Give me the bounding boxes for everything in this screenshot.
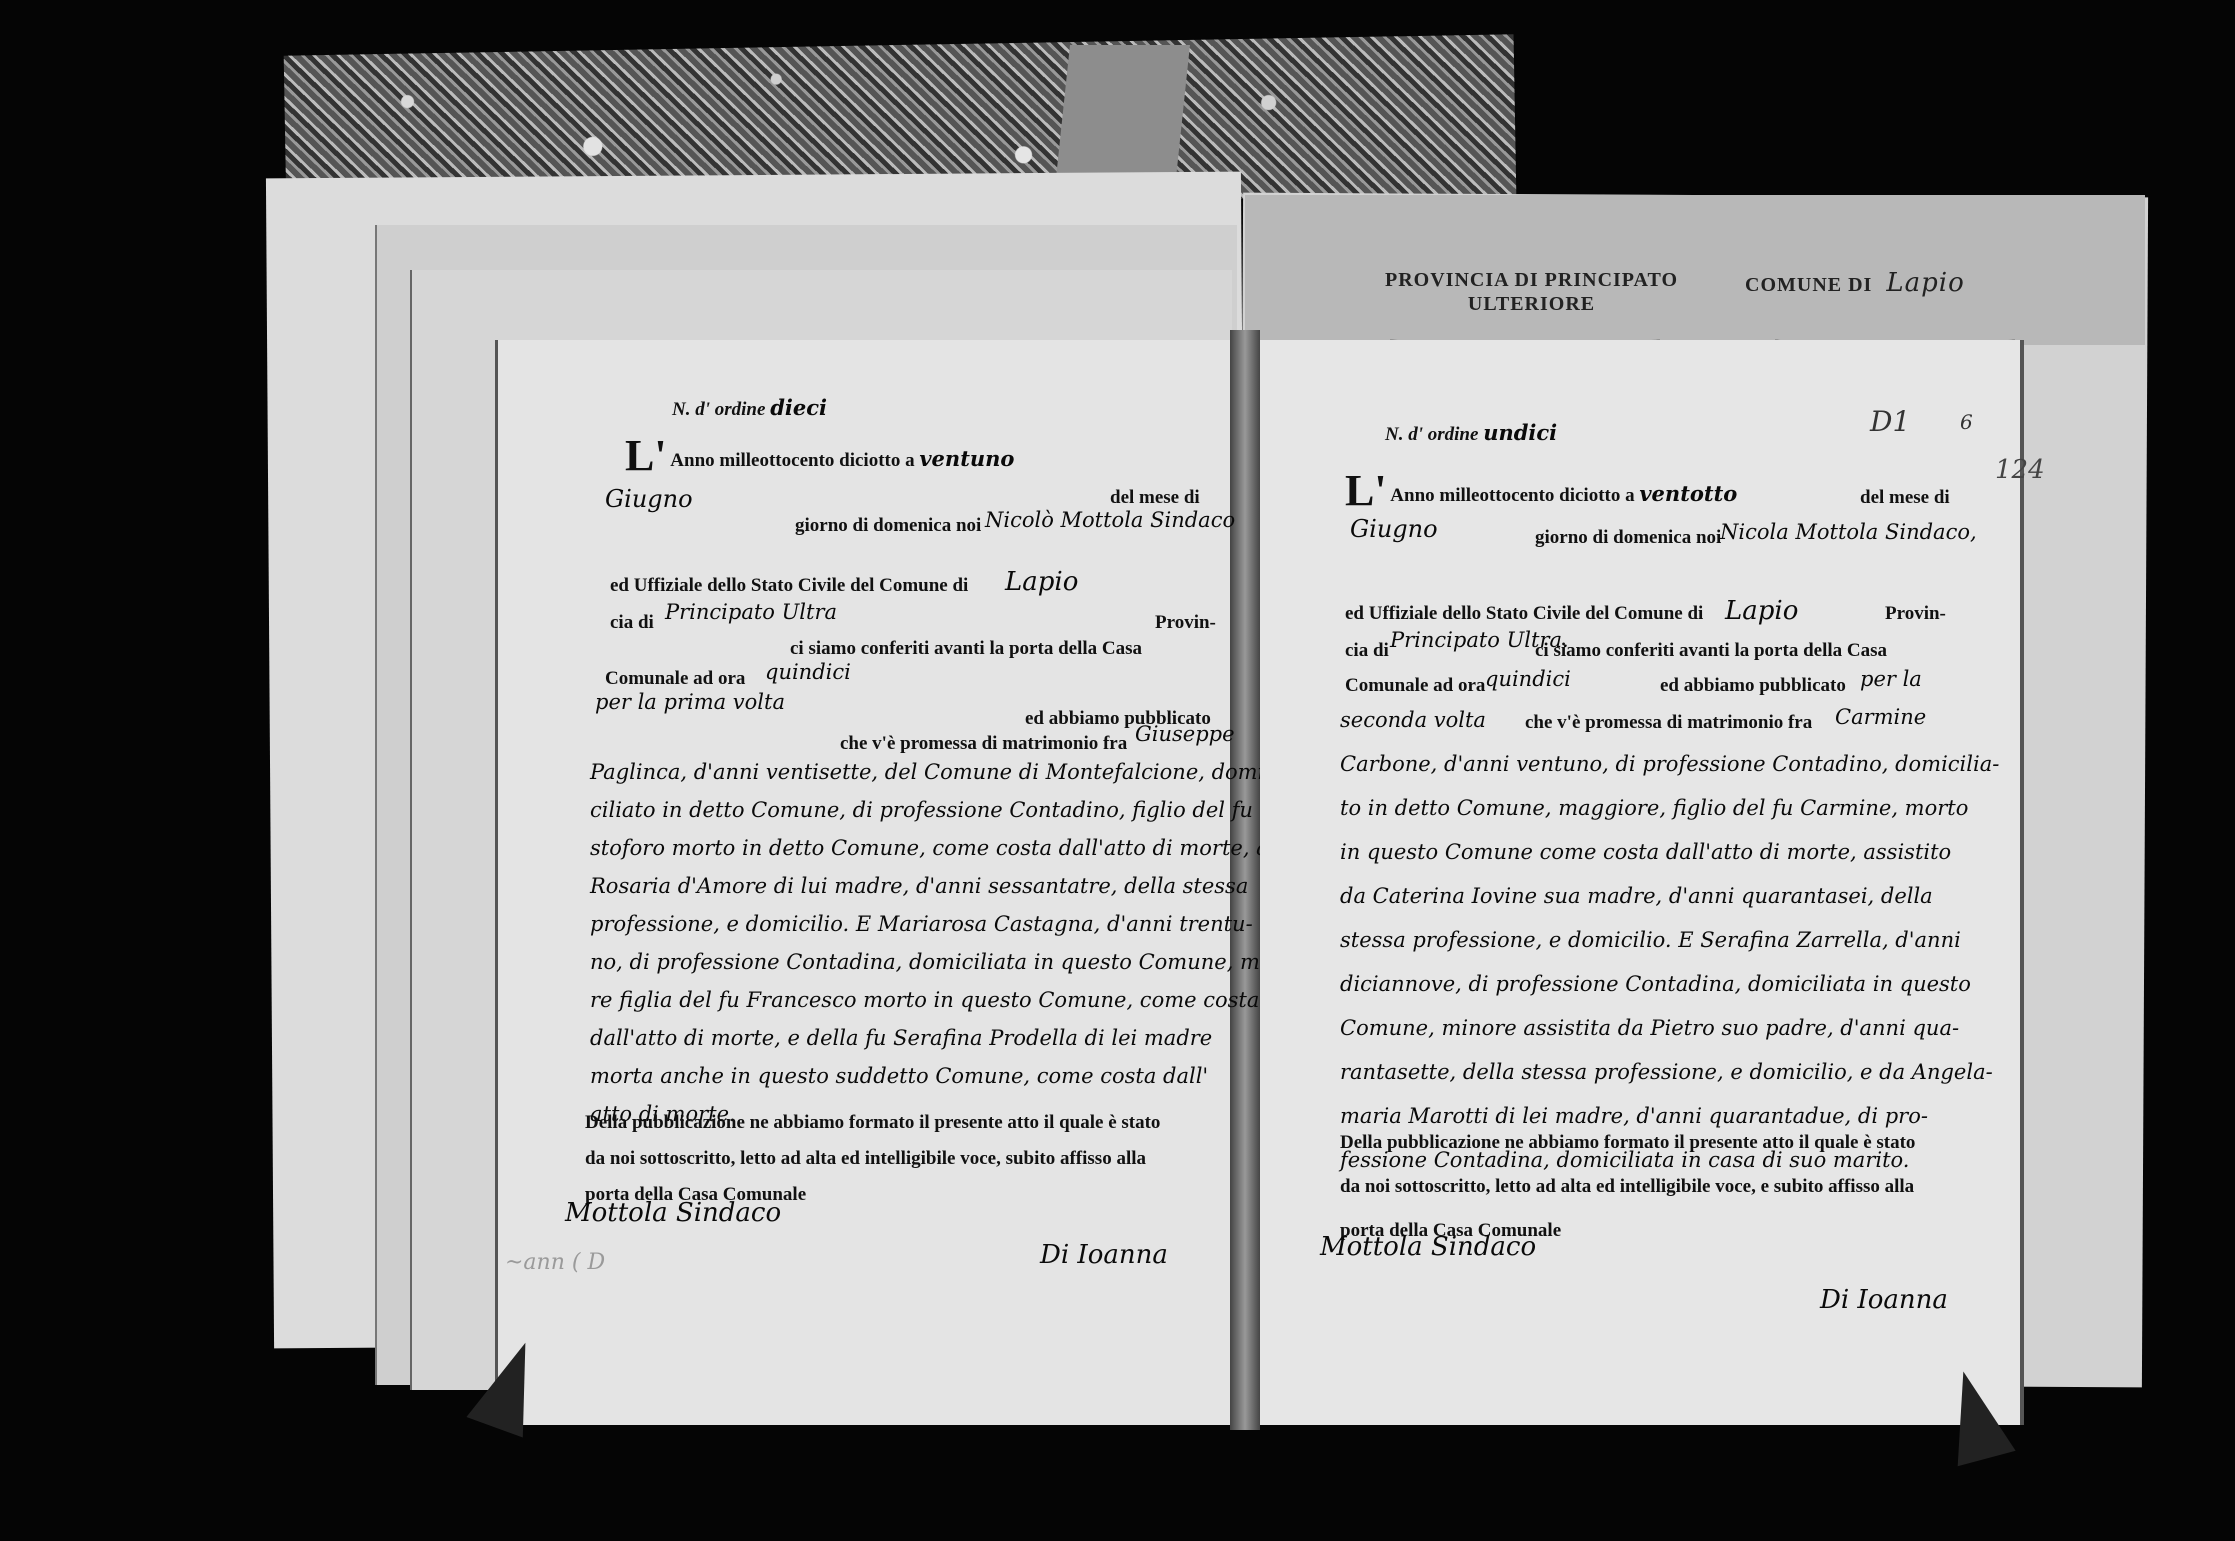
province-line-2: ULTERIORE (1385, 292, 1678, 316)
left-line-1: L' Anno milleottocento diciotto a ventun… (625, 430, 1014, 481)
left-comune: Lapio (1005, 567, 1078, 597)
right-signature-secretary: Di Ioanna (1820, 1285, 1948, 1315)
right-closing-line: da noi sottoscritto, letto ad alta ed in… (1340, 1176, 1914, 1198)
right-hour: quindici (1485, 667, 1571, 691)
right-body-line: to in detto Comune, maggiore, figlio del… (1340, 796, 1968, 820)
province-line-1: PROVINCIA DI PRINCIPATO (1385, 268, 1678, 292)
margin-annotation: D1 (1870, 405, 1910, 438)
handwritten-day: ventuno (919, 446, 1014, 471)
left-line-2: giorno di domenica noi (795, 515, 981, 537)
right-line-3: ed Uffiziale dello Stato Civile del Comu… (1345, 603, 1703, 625)
left-body-line: dall'atto di morte, e della fu Serafina … (590, 1026, 1212, 1050)
ordine-label: N. d' ordine (672, 399, 765, 420)
left-signature-mayor: Mottola Sindaco (565, 1198, 781, 1228)
right-per-la: per la (1860, 667, 1922, 691)
right-line-6: ed abbiamo pubblicato (1660, 675, 1846, 697)
right-line-2: giorno di domenica noi (1535, 527, 1721, 549)
right-line-7: che v'è promessa di matrimonio fra (1525, 712, 1812, 734)
right-line-4-tail: ci siamo conferiti avanti la porta della… (1535, 640, 1887, 662)
left-body-line: no, di professione Contadina, domiciliat… (590, 950, 1326, 974)
printed-text: Anno milleottocento diciotto a (1390, 485, 1634, 506)
comune-label: COMUNE DI (1745, 274, 1872, 296)
left-signature-secretary: Di Ioanna (1040, 1240, 1168, 1270)
right-body-line: da Caterina Iovine sua madre, d'anni qua… (1340, 884, 1933, 908)
right-body-line: Comune, minore assistita da Pietro suo p… (1340, 1016, 1959, 1040)
left-line-1-tail: del mese di (1110, 487, 1200, 509)
ordine-value: dieci (770, 395, 827, 420)
left-ordine: N. d' ordine dieci (672, 395, 827, 421)
right-line-5: Comunale ad ora (1345, 675, 1485, 697)
initial-letter: L' (625, 431, 667, 480)
left-groom-name: Giuseppe (1135, 722, 1235, 746)
right-body-line: Carbone, d'anni ventuno, di professione … (1340, 752, 1999, 776)
right-ordine: N. d' ordine undici (1385, 420, 1557, 446)
right-line-1: L' Anno milleottocento diciotto a ventot… (1345, 465, 1737, 516)
left-line-7: che v'è promessa di matrimonio fra (840, 733, 1127, 755)
left-line-4-tail: ci siamo conferiti avanti la porta della… (790, 638, 1142, 660)
left-body-line: ciliato in detto Comune, di professione … (590, 798, 1300, 822)
header-strip (1245, 195, 2145, 345)
right-line-3-tail: Provin- (1885, 603, 1946, 625)
left-publication-count: per la prima volta (595, 690, 785, 714)
comune-header: COMUNE DI Lapio (1745, 268, 1965, 298)
handwritten-day: ventotto (1639, 481, 1737, 506)
left-body-line: Paglinca, d'anni ventisette, del Comune … (590, 760, 1271, 784)
initial-letter: L' (1345, 466, 1387, 515)
right-line-1-tail: del mese di (1860, 487, 1950, 509)
left-closing-line: da noi sottoscritto, letto ad alta ed in… (585, 1148, 1146, 1170)
right-groom-name: Carmine (1835, 705, 1926, 729)
left-body-line: stoforo morto in detto Comune, come cost… (590, 836, 1377, 860)
right-body-line: stessa professione, e domicilio. E Seraf… (1340, 928, 1961, 952)
left-line-4: cia di (610, 612, 654, 634)
left-body-line: morta anche in questo suddetto Comune, c… (590, 1064, 1208, 1088)
left-officer-name: Nicolò Mottola Sindaco (985, 508, 1235, 532)
right-comune: Lapio (1725, 596, 1798, 626)
left-line-5: Comunale ad ora (605, 668, 745, 690)
left-body-line: Rosaria d'Amore di lui madre, d'anni ses… (590, 874, 1248, 898)
right-month: Giugno (1350, 515, 1438, 543)
right-body-line: rantasette, della stessa professione, e … (1340, 1060, 1993, 1084)
right-closing-line: Della pubblicazione ne abbiamo formato i… (1340, 1132, 1915, 1154)
left-bleedthrough-signature: ~ann ( D (505, 1250, 605, 1275)
right-body-line: maria Marotti di lei madre, d'anni quara… (1340, 1104, 1928, 1128)
margin-annotation: 6 (1960, 410, 1973, 434)
left-provincia: Principato Ultra (665, 600, 837, 624)
right-signature-mayor: Mottola Sindaco (1320, 1232, 1536, 1262)
left-line-3: ed Uffiziale dello Stato Civile del Comu… (610, 575, 968, 597)
left-line-3-tail: Provin- (1155, 612, 1216, 634)
left-month: Giugno (605, 485, 693, 513)
right-publication-count: seconda volta (1340, 708, 1486, 732)
ordine-label: N. d' ordine (1385, 424, 1478, 445)
left-body-line: professione, e domicilio. E Mariarosa Ca… (590, 912, 1253, 936)
left-hour: quindici (765, 660, 851, 684)
right-officer-name: Nicola Mottola Sindaco, (1720, 520, 1977, 544)
left-closing-line: Della pubblicazione ne abbiamo formato i… (585, 1112, 1160, 1134)
right-body-line: diciannove, di professione Contadina, do… (1340, 972, 1971, 996)
right-line-4: cia di (1345, 640, 1389, 662)
margin-folio-number: 124 (1995, 455, 2045, 485)
province-header: PROVINCIA DI PRINCIPATO ULTERIORE (1385, 268, 1678, 316)
comune-name: Lapio (1886, 268, 1964, 298)
printed-text: Anno milleottocento diciotto a (670, 450, 914, 471)
left-body-line: re figlia del fu Francesco morto in ques… (590, 988, 1259, 1012)
right-body-line: in questo Comune come costa dall'atto di… (1340, 840, 1951, 864)
ordine-value: undici (1483, 420, 1557, 445)
